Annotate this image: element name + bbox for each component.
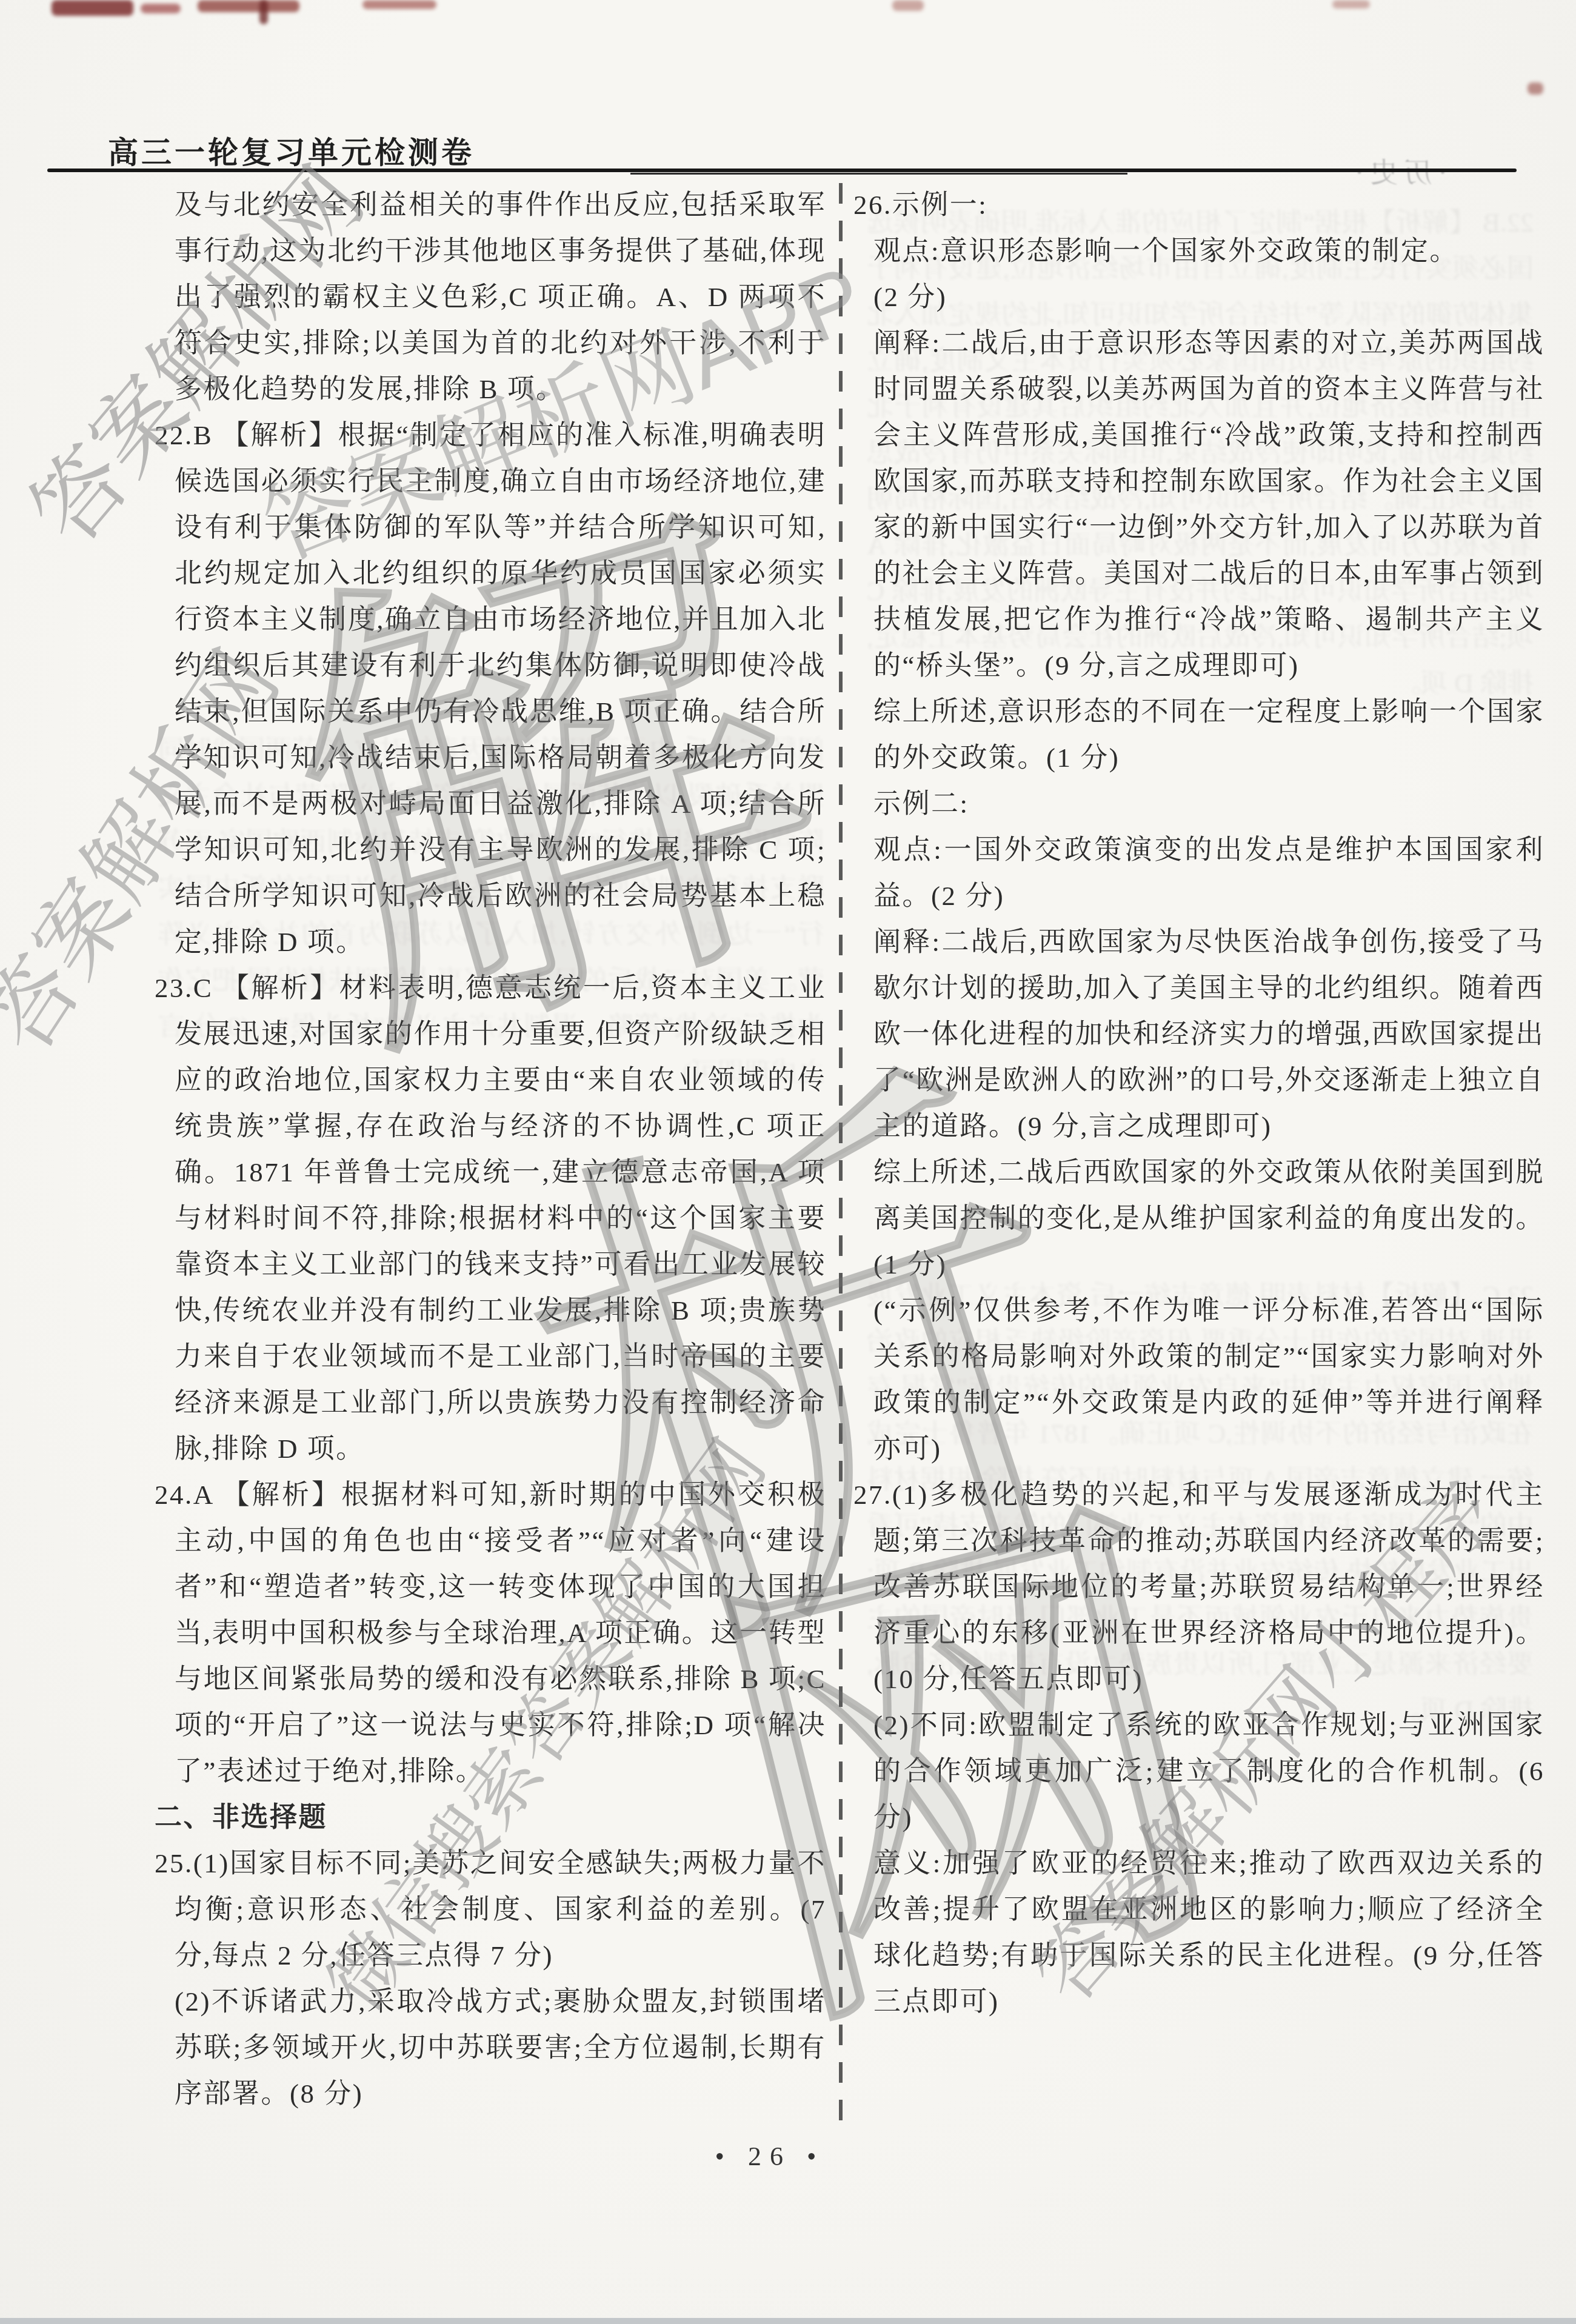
answer-27-meaning: 意义:加强了欧亚的经贸往来;推动了欧西双边关系的改善;提升了欧盟在亚洲地区的影响… bbox=[853, 1840, 1544, 2025]
answer-25-part2: (2)不诉诸武力,采取冷战方式;裹胁众盟友,封锁围堵苏联;多领域开火,切中苏联要… bbox=[155, 1978, 826, 2117]
scan-artifact-red-mark bbox=[259, 0, 268, 24]
answer-23: 23.C 【解析】材料表明,德意志统一后,资本主义工业发展迅速,对国家的作用十分… bbox=[155, 965, 826, 1472]
answer-26-explanation1: 阐释:二战后,由于意识形态等因素的对立,美苏两国战时同盟关系破裂,以美苏两国为首… bbox=[853, 320, 1544, 689]
left-column: 及与北约安全利益相关的事件作出反应,包括采取军事行动,这为北约干涉其他地区事务提… bbox=[155, 182, 826, 2117]
answer-26-example1-label: 26.示例一: bbox=[853, 182, 1544, 228]
section-heading-non-mcq: 二、非选择题 bbox=[155, 1794, 826, 1840]
answer-26-summary1: 综上所述,意识形态的不同在一定程度上影响一个国家的外交政策。(1 分) bbox=[853, 689, 1544, 781]
answer-26-summary2: 综上所述,二战后西欧国家的外交政策从依附美国到脱离美国控制的变化,是从维护国家利… bbox=[853, 1149, 1544, 1287]
header-rule bbox=[47, 169, 1517, 172]
page-number: • 26 • bbox=[0, 2141, 1558, 2172]
scan-artifact-red-mark bbox=[198, 0, 299, 12]
scanner-edge-strip bbox=[0, 2318, 1576, 2324]
answer-26-viewpoint2: 观点:一国外交政策演变的出发点是维护本国国家利益。(2 分) bbox=[853, 827, 1544, 919]
answer-27-part1: 27.(1)多极化趋势的兴起,和平与发展逐渐成为时代主题;第三次科技革命的推动;… bbox=[853, 1472, 1544, 1702]
answer-24: 24.A 【解析】根据材料可知,新时期的中国外交积极主动,中国的角色也由“接受者… bbox=[155, 1472, 826, 1794]
scan-artifact-red-mark bbox=[52, 0, 133, 16]
scan-artifact-red-mark bbox=[362, 0, 436, 9]
scan-artifact-red-mark bbox=[892, 0, 924, 11]
scan-artifact-red-mark bbox=[1528, 82, 1543, 95]
scan-artifact-red-mark bbox=[141, 4, 181, 13]
answer-26-viewpoint1: 观点:意识形态影响一个国家外交政策的制定。 bbox=[853, 228, 1544, 274]
answer-27-part2: (2)不同:欧盟制定了系统的欧亚合作规划;与亚洲国家的合作领域更加广泛;建立了制… bbox=[853, 1702, 1544, 1840]
header-rule-overlap bbox=[630, 173, 1127, 175]
answer-22: 22.B 【解析】根据“制定了相应的准入标准,明确表明候选国必须实行民主制度,确… bbox=[155, 412, 826, 965]
answer-26-grading-note: (“示例”仅供参考,不作为唯一评分标准,若答出“国际关系的格局影响对外政策的制定… bbox=[853, 1287, 1544, 1472]
scan-artifact-red-mark bbox=[1332, 0, 1370, 8]
answer-25-part1: 25.(1)国家目标不同;美苏之间安全感缺失;两极力量不均衡;意识形态、社会制度… bbox=[155, 1840, 826, 1978]
answer-26-example2-label: 示例二: bbox=[853, 781, 1544, 827]
page-header-title: 高三一轮复习单元检测卷 bbox=[108, 129, 475, 172]
column-divider bbox=[839, 183, 843, 2129]
answer-26-explanation2: 阐释:二战后,西欧国家为尽快医治战争创伤,接受了马歇尔计划的援助,加入了美国主导… bbox=[853, 919, 1544, 1149]
answer-21-continuation: 及与北约安全利益相关的事件作出反应,包括采取军事行动,这为北约干涉其他地区事务提… bbox=[155, 182, 826, 412]
right-column: 26.示例一: 观点:意识形态影响一个国家外交政策的制定。 (2 分) 阐释:二… bbox=[853, 182, 1544, 2025]
scanned-exam-answer-page: 22.B 【解析】根据“制定了相应的准入标准,明确表明候选国必须实行民主制度,确… bbox=[0, 0, 1576, 2324]
answer-26-score1: (2 分) bbox=[853, 274, 1544, 320]
